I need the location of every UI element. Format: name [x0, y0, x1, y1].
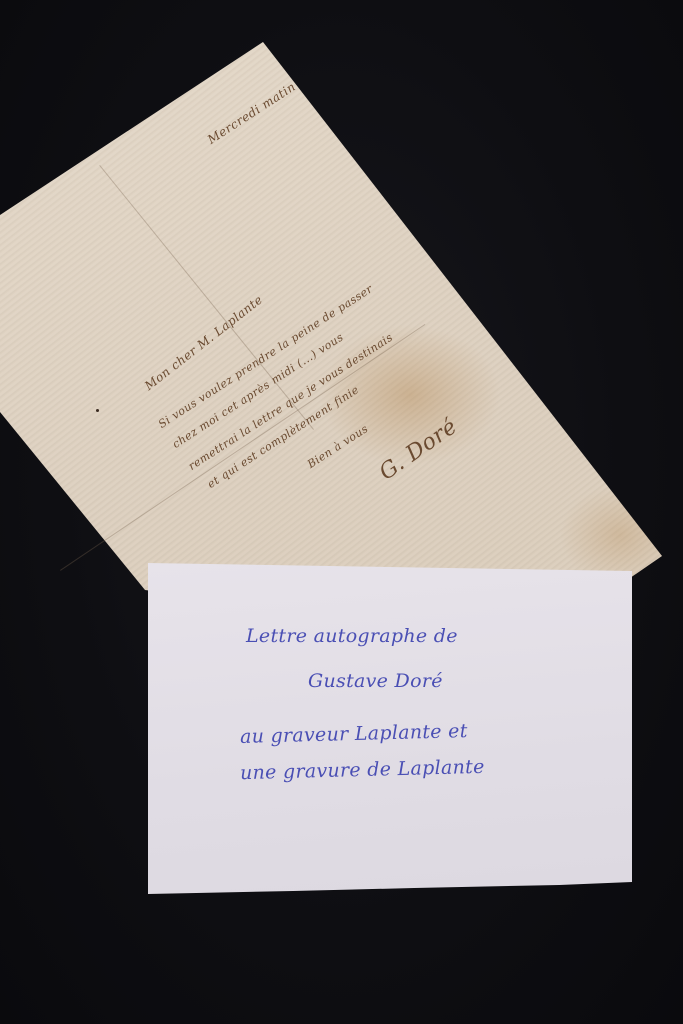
ink-dot	[96, 409, 99, 412]
note-line-1: Lettre autographe de	[246, 625, 458, 647]
note-line-2: Gustave Doré	[308, 670, 443, 692]
photo-scene: Mercredi matin Mon cher M. Laplante Si v…	[0, 0, 683, 1024]
note-line-4: une gravure de Laplante	[240, 756, 485, 784]
letter-fold-line	[60, 324, 425, 571]
note-line-3: au graveur Laplante et	[240, 720, 468, 748]
letter-salutation: Mon cher M. Laplante	[142, 292, 265, 393]
letter-signature: G. Doré	[375, 414, 462, 485]
letter-closing: Bien à vous	[305, 422, 371, 471]
letter-date: Mercredi matin	[205, 79, 298, 146]
letter-body-line: remettrai la lettre que je vous destinai…	[186, 331, 395, 473]
note-card: Lettre autographe de Gustave Doré au gra…	[148, 563, 632, 913]
